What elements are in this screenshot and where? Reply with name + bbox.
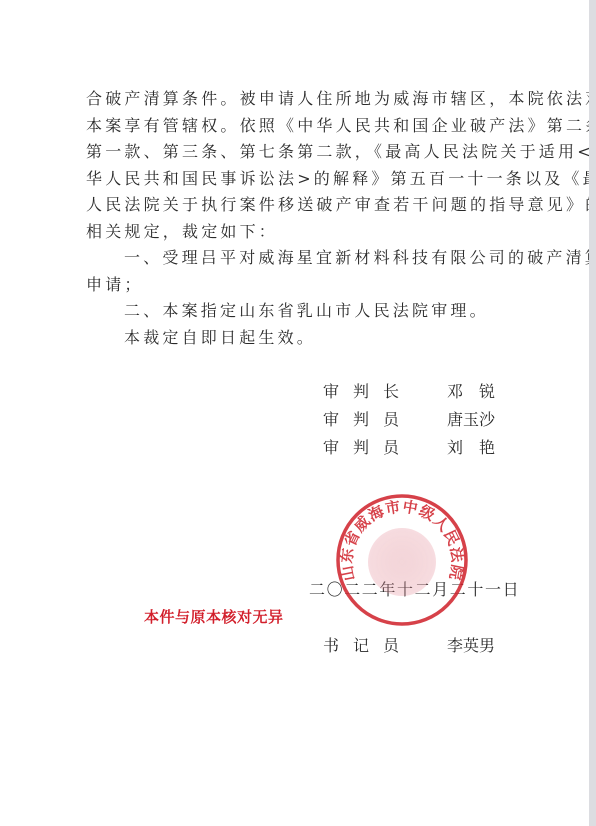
ruling-item-2: 二、本案指定山东省乳山市人民法院审理。 [124, 298, 489, 324]
ruling-date: 二〇二二年十二月二十一日 [309, 578, 520, 602]
title-char: 记 [353, 634, 369, 658]
document-page: 合破产清算条件。被申请人住所地为威海市辖区，本院依法对 本案享有管辖权。依照《中… [0, 0, 589, 826]
effective-statement: 本裁定自即日起生效。 [124, 325, 316, 351]
body-line-1: 合破产清算条件。被申请人住所地为威海市辖区，本院依法对 [86, 86, 596, 112]
title-char: 审 [323, 436, 339, 460]
signature-judge-1: 审 判 员 唐玉沙 [0, 408, 596, 432]
body-line-6: 相关规定，裁定如下： [86, 219, 278, 245]
svg-text:山东省威海市中级人民法院: 山东省威海市中级人民法院 [338, 498, 467, 583]
court-seal-icon: 山东省威海市中级人民法院 [334, 492, 470, 628]
judge-name: 唐玉沙 [447, 408, 495, 432]
title-char: 员 [383, 408, 399, 432]
signature-clerk: 书 记 员 李英男 [0, 634, 596, 658]
title-char: 长 [383, 380, 399, 404]
ruling-item-1: 一、受理吕平对威海星宜新材料科技有限公司的破产清算 [124, 245, 596, 271]
judge-name: 邓 锐 [447, 380, 495, 404]
title-char: 判 [353, 408, 369, 432]
ruling-item-1-continued: 申请； [86, 272, 144, 298]
page-edge [589, 0, 596, 826]
body-line-2: 本案享有管辖权。依照《中华人民共和国企业破产法》第二条 [86, 113, 596, 139]
body-line-4: 华人民共和国民事诉讼法>的解释》第五百一十一条以及《最高 [86, 166, 596, 192]
title-char: 员 [383, 634, 399, 658]
title-char: 书 [323, 634, 339, 658]
body-line-5: 人民法院关于执行案件移送破产审查若干问题的指导意见》的 [86, 192, 596, 218]
title-char: 判 [353, 380, 369, 404]
title-char: 员 [383, 436, 399, 460]
clerk-name: 李英男 [447, 634, 495, 658]
signature-presiding-judge: 审 判 长 邓 锐 [0, 380, 596, 404]
judge-name: 刘 艳 [447, 436, 495, 460]
title-char: 审 [323, 408, 339, 432]
certified-copy-stamp: 本件与原本核对无异 [144, 606, 284, 628]
signature-judge-2: 审 判 员 刘 艳 [0, 436, 596, 460]
title-char: 判 [353, 436, 369, 460]
body-line-3: 第一款、第三条、第七条第二款，《最高人民法院关于适用<中 [86, 139, 596, 165]
title-char: 审 [323, 380, 339, 404]
